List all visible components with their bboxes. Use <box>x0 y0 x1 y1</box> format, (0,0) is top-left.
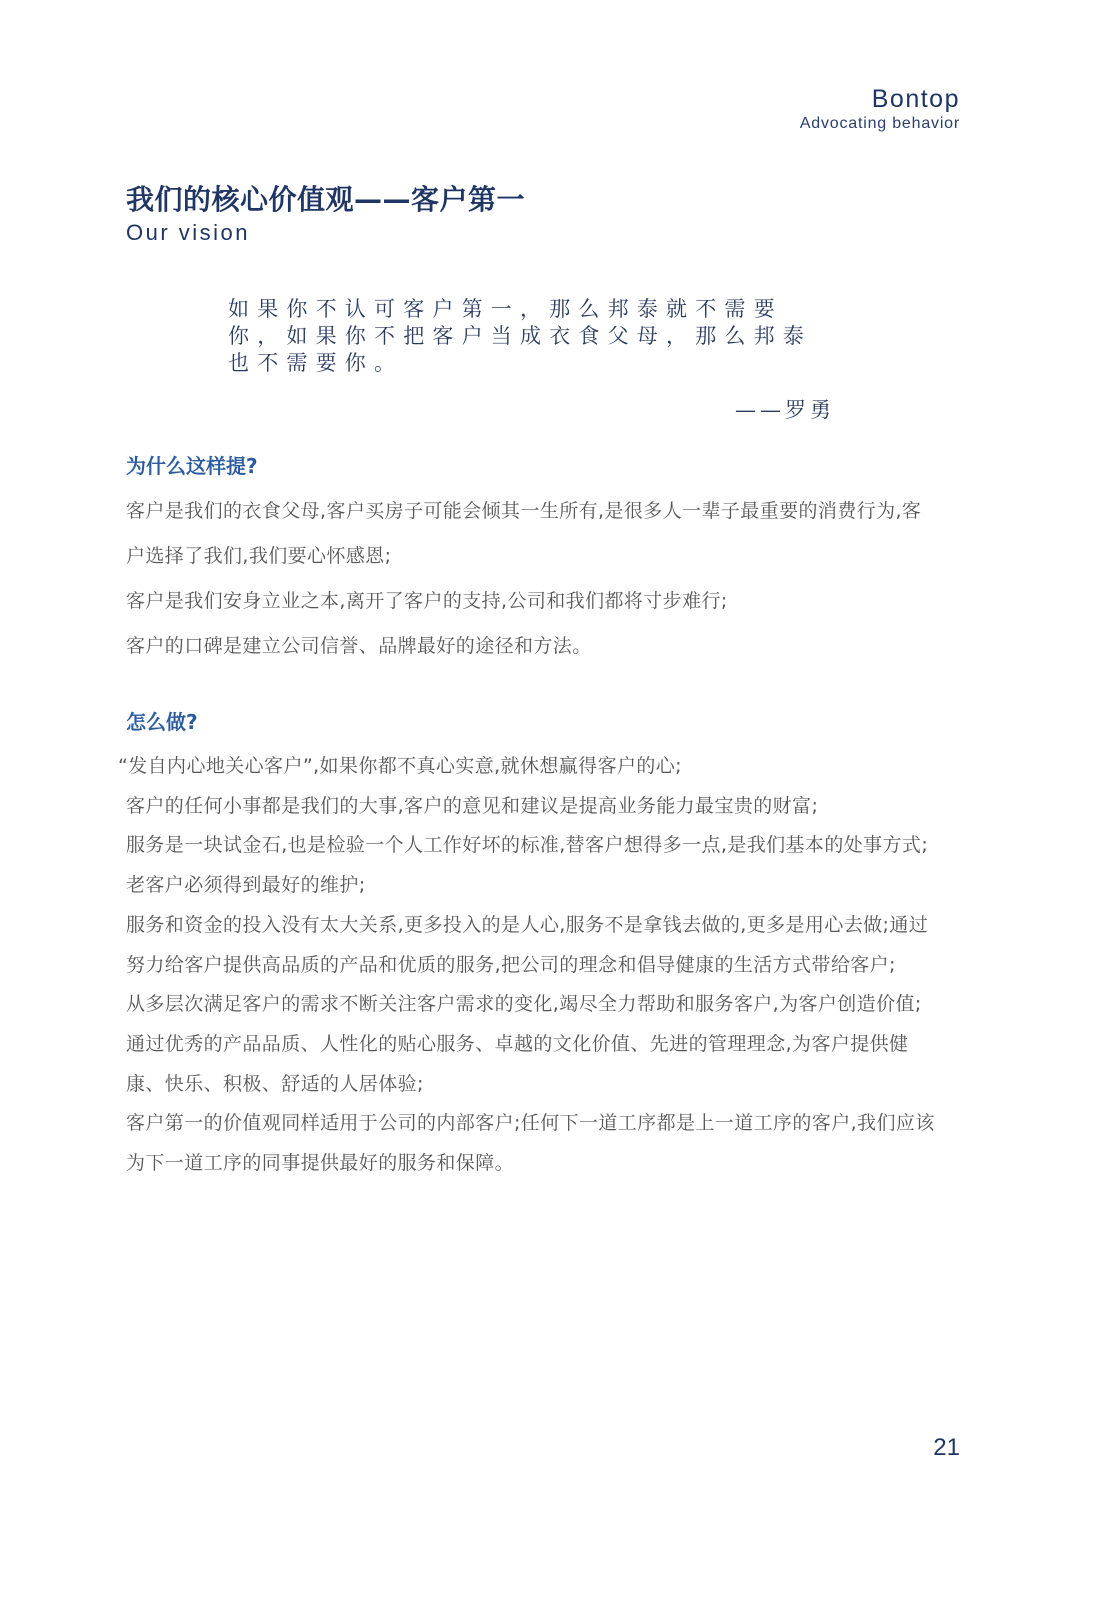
section-heading-why: 为什么这样提? <box>126 452 258 480</box>
page-subtitle: Our vision <box>126 219 250 247</box>
paragraph: 通过优秀的产品品质、人性化的贴心服务、卓越的文化价值、先进的管理理念,为客户提供… <box>126 1025 936 1104</box>
paragraph: 客户的口碑是建立公司信誉、品牌最好的途径和方法。 <box>126 624 936 669</box>
brand-name: Bontop <box>800 84 960 114</box>
paragraph: 客户第一的价值观同样适用于公司的内部客户;任何下一道工序都是上一道工序的客户,我… <box>126 1104 936 1183</box>
paragraph: 老客户必须得到最好的维护; <box>126 866 936 906</box>
quote-text: 如果你不认可客户第一，那么邦泰就不需要你，如果你不把客户当成衣食父母，那么邦泰也… <box>228 296 840 377</box>
brand-block: Bontop Advocating behavior <box>800 84 960 134</box>
paragraph: 客户是我们的衣食父母,客户买房子可能会倾其一生所有,是很多人一辈子最重要的消费行… <box>126 489 936 579</box>
section-heading-how: 怎么做? <box>126 708 198 736</box>
paragraph: 服务和资金的投入没有太大关系,更多投入的是人心,服务不是拿钱去做的,更多是用心去… <box>126 906 936 985</box>
paragraph: 客户是我们安身立业之本,离开了客户的支持,公司和我们都将寸步难行; <box>126 579 936 624</box>
page-number: 21 <box>933 1434 960 1462</box>
paragraph: “发自内心地关心客户”,如果你都不真心实意,就休想赢得客户的心; <box>118 747 936 787</box>
section-why-body: 客户是我们的衣食父母,客户买房子可能会倾其一生所有,是很多人一辈子最重要的消费行… <box>126 489 936 669</box>
paragraph: 客户的任何小事都是我们的大事,客户的意见和建议是提高业务能力最宝贵的财富; <box>126 787 936 827</box>
paragraph: 服务是一块试金石,也是检验一个人工作好坏的标准,替客户想得多一点,是我们基本的处… <box>126 826 936 866</box>
brand-tagline: Advocating behavior <box>800 114 960 134</box>
paragraph: 从多层次满足客户的需求不断关注客户需求的变化,竭尽全力帮助和服务客户,为客户创造… <box>126 985 936 1025</box>
page-title: 我们的核心价值观——客户第一 <box>126 183 525 217</box>
quote-author: ——罗勇 <box>735 396 835 424</box>
section-how-body: “发自内心地关心客户”,如果你都不真心实意,就休想赢得客户的心; 客户的任何小事… <box>126 747 936 1184</box>
